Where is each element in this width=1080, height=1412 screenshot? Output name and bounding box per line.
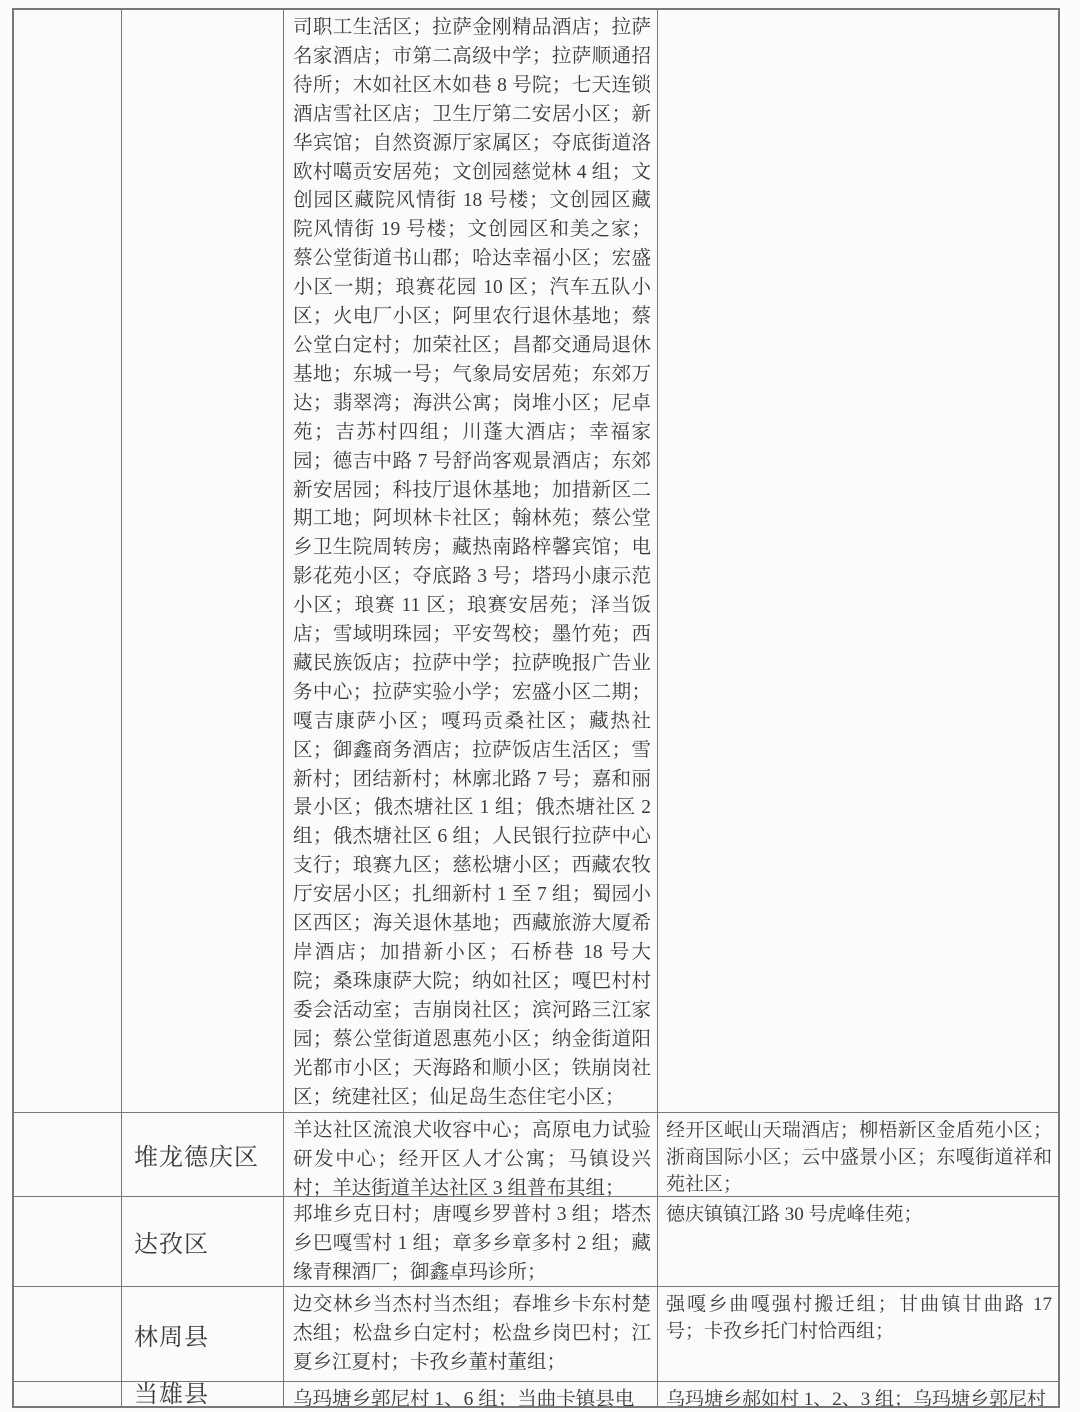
district-name-cell: 当雄县: [122, 1382, 284, 1406]
secondary-area-list-cell: [658, 10, 1058, 1113]
main-area-list-cell: 邦堆乡克日村；唐嘎乡罗普村 3 组；塔杰乡巴嘎雪村 1 组；章多乡章多村 2 组…: [284, 1197, 658, 1287]
secondary-area-list-cell: 强嘎乡曲嘎强村搬迁组；甘曲镇甘曲路 17 号；卡孜乡托门村恰西组；: [658, 1287, 1058, 1382]
city-column-cell: [14, 1382, 122, 1406]
city-column-cell: [14, 1197, 122, 1287]
city-column-cell: [14, 1287, 122, 1382]
document-page: 司职工生活区；拉萨金刚精品酒店；拉萨名家酒店；市第二高级中学；拉萨顺通招待所；木…: [0, 0, 1080, 1412]
district-name-cell: [122, 10, 284, 1113]
main-area-list-cell: 乌玛塘乡郭尼村 1、6 组；当曲卡镇县电: [284, 1382, 658, 1406]
district-name-cell: 林周县: [122, 1287, 284, 1382]
main-area-list-cell: 司职工生活区；拉萨金刚精品酒店；拉萨名家酒店；市第二高级中学；拉萨顺通招待所；木…: [284, 10, 658, 1113]
city-column-cell: [14, 10, 122, 1113]
secondary-area-list-cell: 经开区岷山天瑞酒店；柳梧新区金盾苑小区；浙商国际小区；云中盛景小区；东嘎街道祥和…: [658, 1113, 1058, 1197]
city-column-cell: [14, 1113, 122, 1197]
secondary-area-list-cell: 德庆镇镇江路 30 号虎峰佳苑；: [658, 1197, 1058, 1287]
resettlement-areas-table: 司职工生活区；拉萨金刚精品酒店；拉萨名家酒店；市第二高级中学；拉萨顺通招待所；木…: [12, 8, 1060, 1408]
main-area-list-cell: 边交林乡当杰村当杰组；春堆乡卡东村楚杰组；松盘乡白定村；松盘乡岗巴村；江夏乡江夏…: [284, 1287, 658, 1382]
district-name-cell: 堆龙德庆区: [122, 1113, 284, 1197]
district-name-cell: 达孜区: [122, 1197, 284, 1287]
secondary-area-list-cell: 乌玛塘乡郝如村 1、2、3 组；乌玛塘乡郭尼村: [658, 1382, 1058, 1406]
main-area-list-cell: 羊达社区流浪犬收容中心；高原电力试验研发中心；经开区人才公寓；马镇设兴村；羊达街…: [284, 1113, 658, 1197]
